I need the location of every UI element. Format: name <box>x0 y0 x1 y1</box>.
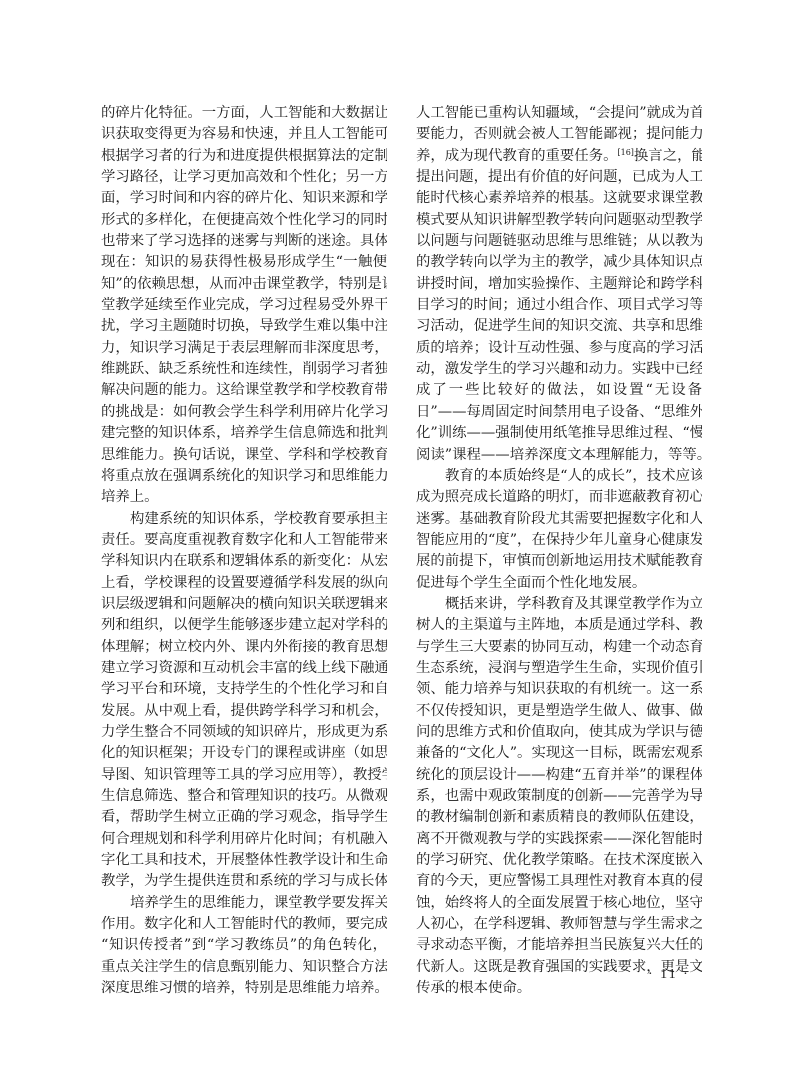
line-text: 的挑战是：如何教会学生科学利用碎片化学习构 <box>101 404 387 420</box>
text-line: 重点关注学生的信息甄别能力、知识整合方法和 <box>101 957 387 978</box>
text-line: 字化工具和技术，开展整体性教学设计和生命化 <box>101 850 387 871</box>
line-text: 看，帮助学生树立正确的学习观念，指导学生如 <box>101 809 387 825</box>
text-line: 学科知识内在联系和逻辑体系的新变化：从宏观 <box>101 551 387 572</box>
line-text-tail: 换言之，能否 <box>634 148 702 164</box>
line-text: 兼备的“文化人”。实现这一目标，既需宏观系 <box>416 745 702 761</box>
text-line: 问的思维方式和价值取向，使其成为学识与德行 <box>416 722 702 743</box>
text-line: 上看，学校课程的设置要遵循学科发展的纵向知 <box>101 573 387 594</box>
text-line: 现在：知识的易获得性极易形成学生“一触便 <box>101 252 387 273</box>
text-line: 蚀，始终将人的全面发展置于核心地位，坚守育 <box>416 893 702 914</box>
text-line: 迷雾。基础教育阶段尤其需要把握数字化和人工 <box>416 509 702 530</box>
text-line: 与学生三大要素的协同互动，构建一个动态育人 <box>416 637 702 658</box>
line-text: 字化工具和技术，开展整体性教学设计和生命化 <box>101 852 387 868</box>
line-text: 蚀，始终将人的全面发展置于核心地位，坚守育 <box>416 895 702 911</box>
right-text-column: 人工智能已重构认知疆域，“会提问”就成为首要能力，否则就会被人工智能鄙视；提问能… <box>416 103 702 999</box>
text-line: 堂教学延续至作业完成，学习过程易受外界干 <box>101 295 387 316</box>
line-text: 导图、知识管理等工具的学习应用等），教授学 <box>101 767 387 783</box>
text-line: 导图、知识管理等工具的学习应用等），教授学 <box>101 765 387 786</box>
line-text: 解决问题的能力。这给课堂教学和学校教育带来 <box>101 382 387 398</box>
citation-reference: [16] <box>617 148 633 157</box>
line-text: 提出问题，提出有价值的好问题，已成为人工智 <box>416 169 702 185</box>
line-text: 迷雾。基础教育阶段尤其需要把握数字化和人工 <box>416 511 702 527</box>
line-text: 模式要从知识讲解型教学转向问题驱动型教学， <box>416 212 702 228</box>
text-line: 提出问题，提出有价值的好问题，已成为人工智 <box>416 167 702 188</box>
text-line: 要能力，否则就会被人工智能鄙视；提问能力培 <box>416 124 702 145</box>
line-text: 培养学生的思维能力，课堂教学要发挥关键 <box>130 895 387 911</box>
line-text: 的教学转向以学为主的教学，减少具体知识点的 <box>416 254 702 270</box>
text-line: 深度思维习惯的培养，特别是思维能力培养。当 <box>101 978 387 999</box>
line-text: 目学习的时间；通过小组合作、项目式学习等学 <box>416 297 702 313</box>
text-line: 扰，学习主题随时切换，导致学生难以集中注意 <box>101 316 387 337</box>
text-line: 统化的顶层设计——构建“五育并举”的课程体 <box>416 765 702 786</box>
line-text: 化”训练——强制使用纸笔推导思维过程、“慢 <box>416 425 702 441</box>
left-text-column: 的碎片化特征。一方面，人工智能和大数据让知识获取变得更为容易和快速，并且人工智能… <box>101 103 387 999</box>
line-text: 将重点放在强调系统化的知识学习和思维能力的 <box>101 468 387 484</box>
text-line: 以问题与问题链驱动思维与思维链；从以教为主 <box>416 231 702 252</box>
line-text: 构建系统的知识体系，学校教育要承担主体 <box>130 511 387 527</box>
text-line: 质的培养；设计互动性强、参与度高的学习活 <box>416 338 702 359</box>
line-text: 养，成为现代教育的重要任务。 <box>416 148 617 164</box>
text-line: 成为照亮成长道路的明灯，而非遮蔽教育初心的 <box>416 487 702 508</box>
line-text: 促进每个学生全面而个性化地发展。 <box>416 575 646 591</box>
line-text: 的教材编制创新和素质精良的教师队伍建设，更 <box>416 809 702 825</box>
text-line: 教育的本质始终是“人的成长”，技术应该 <box>416 466 702 487</box>
text-line: 人工智能已重构认知疆域，“会提问”就成为首 <box>416 103 702 124</box>
line-text: 深度思维习惯的培养，特别是思维能力培养。当 <box>101 980 387 996</box>
line-text: 也带来了学习选择的迷雾与判断的迷途。具体表 <box>101 233 387 249</box>
text-line: 也带来了学习选择的迷雾与判断的迷途。具体表 <box>101 231 387 252</box>
text-line: 养，成为现代教育的重要任务。[16]换言之，能否 <box>416 146 702 167</box>
line-text: 育的今天，更应警惕工具理性对教育本真的侵 <box>416 873 702 889</box>
text-line: 知”的依赖思想，从而冲击课堂教学，特别是课 <box>101 274 387 295</box>
text-line: 的教材编制创新和素质精良的教师队伍建设，更 <box>416 807 702 828</box>
text-line: 责任。要高度重视教育数字化和人工智能带来的 <box>101 530 387 551</box>
line-text: 人初心，在学科逻辑、教师智慧与学生需求之间 <box>416 916 702 932</box>
text-line: 不仅传授知识，更是塑造学生做人、做事、做学 <box>416 701 702 722</box>
line-text: 生信息筛选、整合和管理知识的技巧。从微观上 <box>101 788 387 804</box>
text-line: 面，学习时间和内容的碎片化、知识来源和学习 <box>101 188 387 209</box>
line-text: 力学生整合不同领域的知识碎片，形成更为系统 <box>101 724 387 740</box>
line-text: 智能应用的“度”，在保持少年儿童身心健康发 <box>416 532 702 548</box>
text-line: 成了一些比较好的做法，如设置“无设备 <box>416 380 702 401</box>
text-line: 解决问题的能力。这给课堂教学和学校教育带来 <box>101 380 387 401</box>
line-text: 何合理规划和科学利用碎片化时间；有机融入数 <box>101 831 387 847</box>
text-line: 日”——每周固定时间禁用电子设备、“思维外 <box>416 402 702 423</box>
line-text: 的学习研究、优化教学策略。在技术深度嵌入教 <box>416 852 702 868</box>
line-text: 力，知识学习满足于表层理解而非深度思考，思 <box>101 340 387 356</box>
page-number: · 11 · <box>648 967 690 983</box>
line-text: 思维能力。换句话说，课堂、学科和学校教育要 <box>101 447 387 463</box>
text-line: 寻求动态平衡，才能培养担当民族复兴大任的时 <box>416 935 702 956</box>
text-line: 学习平台和环境，支持学生的个性化学习和自主 <box>101 679 387 700</box>
line-text: 堂教学延续至作业完成，学习过程易受外界干 <box>101 297 387 313</box>
line-text: 与学生三大要素的协同互动，构建一个动态育人 <box>416 639 702 655</box>
text-line: 力学生整合不同领域的知识碎片，形成更为系统 <box>101 722 387 743</box>
text-line: 人初心，在学科逻辑、教师智慧与学生需求之间 <box>416 914 702 935</box>
line-text: 讲授时间，增加实验操作、主题辩论和跨学科项 <box>416 276 702 292</box>
text-line: 智能应用的“度”，在保持少年儿童身心健康发 <box>416 530 702 551</box>
text-line: 的碎片化特征。一方面，人工智能和大数据让知 <box>101 103 387 124</box>
text-line: 习活动，促进学生间的知识交流、共享和思维品 <box>416 316 702 337</box>
text-line: 培养学生的思维能力，课堂教学要发挥关键 <box>101 893 387 914</box>
text-line: 领、能力培养与知识获取的有机统一。这一系统 <box>416 679 702 700</box>
text-line: 生信息筛选、整合和管理知识的技巧。从微观上 <box>101 786 387 807</box>
text-line: 教学，为学生提供连贯和系统的学习与成长体验。 <box>101 871 387 892</box>
text-line: 离不开微观教与学的实践探索——深化智能时代 <box>416 829 702 850</box>
text-line: 思维能力。换句话说，课堂、学科和学校教育要 <box>101 445 387 466</box>
text-line: 建立学习资源和互动机会丰富的线上线下融通性 <box>101 658 387 679</box>
text-line: 能时代核心素养培养的根基。这就要求课堂教学 <box>416 188 702 209</box>
text-line: 培养上。 <box>101 487 387 508</box>
text-line: 根据学习者的行为和进度提供根据算法的定制化 <box>101 146 387 167</box>
line-text: 问的思维方式和价值取向，使其成为学识与德行 <box>416 724 702 740</box>
text-line: 动，激发学生的学习兴趣和动力。实践中已经形 <box>416 359 702 380</box>
line-text: 维跳跃、缺乏系统性和连续性，削弱学习者独立 <box>101 361 387 377</box>
text-line: 学习路径，让学习更加高效和个性化；另一方 <box>101 167 387 188</box>
line-text: 动，激发学生的学习兴趣和动力。实践中已经形 <box>416 361 702 377</box>
line-text: 展的前提下，审慎而创新地运用技术赋能教育， <box>416 553 702 569</box>
text-line: 化的知识框架；开设专门的课程或讲座（如思维 <box>101 743 387 764</box>
line-text: 责任。要高度重视教育数字化和人工智能带来的 <box>101 532 387 548</box>
line-text: 系，也需中观政策制度的创新——完善学为导向 <box>416 788 702 804</box>
text-line: 力，知识学习满足于表层理解而非深度思考，思 <box>101 338 387 359</box>
text-line: 何合理规划和科学利用碎片化时间；有机融入数 <box>101 829 387 850</box>
text-line: 育的今天，更应警惕工具理性对教育本真的侵 <box>416 871 702 892</box>
line-text: 传承的根本使命。 <box>416 980 531 996</box>
line-text: 统化的顶层设计——构建“五育并举”的课程体 <box>416 767 702 783</box>
text-line: 讲授时间，增加实验操作、主题辩论和跨学科项 <box>416 274 702 295</box>
text-line: 识层级逻辑和问题解决的横向知识关联逻辑来排 <box>101 594 387 615</box>
line-text: 要能力，否则就会被人工智能鄙视；提问能力培 <box>416 126 702 142</box>
line-text: 列和组织，以便学生能够逐步建立起对学科的整 <box>101 617 387 633</box>
text-line: 将重点放在强调系统化的知识学习和思维能力的 <box>101 466 387 487</box>
line-text: 体理解；树立校内外、课内外衔接的教育思想， <box>101 639 387 655</box>
line-text: 作用。数字化和人工智能时代的教师，要完成从 <box>101 916 387 932</box>
text-line: 树人的主渠道与主阵地，本质是通过学科、教师 <box>416 615 702 636</box>
line-text: 教育的本质始终是“人的成长”，技术应该 <box>445 468 702 484</box>
line-text: 化的知识框架；开设专门的课程或讲座（如思维 <box>101 745 387 761</box>
text-line: 生态系统，浸润与塑造学生生命，实现价值引 <box>416 658 702 679</box>
text-line: 的教学转向以学为主的教学，减少具体知识点的 <box>416 252 702 273</box>
text-line: 促进每个学生全面而个性化地发展。 <box>416 573 702 594</box>
line-text: 学科知识内在联系和逻辑体系的新变化：从宏观 <box>101 553 387 569</box>
line-text: 成为照亮成长道路的明灯，而非遮蔽教育初心的 <box>416 489 702 505</box>
line-text: 建立学习资源和互动机会丰富的线上线下融通性 <box>101 660 387 676</box>
text-line: 发展。从中观上看，提供跨学科学习和机会，助 <box>101 701 387 722</box>
text-line: 维跳跃、缺乏系统性和连续性，削弱学习者独立 <box>101 359 387 380</box>
line-text: 领、能力培养与知识获取的有机统一。这一系统 <box>416 681 702 697</box>
text-line: 概括来讲，学科教育及其课堂教学作为立德 <box>416 594 702 615</box>
line-text: 质的培养；设计互动性强、参与度高的学习活 <box>416 340 702 356</box>
line-text: 面，学习时间和内容的碎片化、知识来源和学习 <box>101 190 387 206</box>
line-text: 阅读”课程——培养深度文本理解能力，等等。 <box>416 447 702 463</box>
line-text: 学习路径，让学习更加高效和个性化；另一方 <box>101 169 387 185</box>
line-text: 能时代核心素养培养的根基。这就要求课堂教学 <box>416 190 702 206</box>
line-text: 离不开微观教与学的实践探索——深化智能时代 <box>416 831 702 847</box>
line-text: 成了一些比较好的做法，如设置“无设备 <box>416 382 702 398</box>
line-text: 建完整的知识体系，培养学生信息筛选和批判性 <box>101 425 387 441</box>
text-line: 形式的多样化，在便捷高效个性化学习的同时， <box>101 210 387 231</box>
line-text: 培养上。 <box>101 489 159 505</box>
text-line: 的学习研究、优化教学策略。在技术深度嵌入教 <box>416 850 702 871</box>
line-text: 不仅传授知识，更是塑造学生做人、做事、做学 <box>416 703 702 719</box>
line-text: 树人的主渠道与主阵地，本质是通过学科、教师 <box>416 617 702 633</box>
line-text: 寻求动态平衡，才能培养担当民族复兴大任的时 <box>416 937 702 953</box>
text-line: 作用。数字化和人工智能时代的教师，要完成从 <box>101 914 387 935</box>
line-text: 学习平台和环境，支持学生的个性化学习和自主 <box>101 681 387 697</box>
text-line: 阅读”课程——培养深度文本理解能力，等等。 <box>416 445 702 466</box>
line-text: 识获取变得更为容易和快速，并且人工智能可以 <box>101 126 387 142</box>
line-text: 重点关注学生的信息甄别能力、知识整合方法和 <box>101 959 387 975</box>
text-line: 识获取变得更为容易和快速，并且人工智能可以 <box>101 124 387 145</box>
text-line: 看，帮助学生树立正确的学习观念，指导学生如 <box>101 807 387 828</box>
text-line: “知识传授者”到“学习教练员”的角色转化， <box>101 935 387 956</box>
text-line: 建完整的知识体系，培养学生信息筛选和批判性 <box>101 423 387 444</box>
text-line: 化”训练——强制使用纸笔推导思维过程、“慢 <box>416 423 702 444</box>
line-text: 形式的多样化，在便捷高效个性化学习的同时， <box>101 212 387 228</box>
text-line: 系，也需中观政策制度的创新——完善学为导向 <box>416 786 702 807</box>
line-text: 概括来讲，学科教育及其课堂教学作为立德 <box>445 596 702 612</box>
text-line: 的挑战是：如何教会学生科学利用碎片化学习构 <box>101 402 387 423</box>
line-text: 生态系统，浸润与塑造学生生命，实现价值引 <box>416 660 702 676</box>
text-line: 目学习的时间；通过小组合作、项目式学习等学 <box>416 295 702 316</box>
line-text: 以问题与问题链驱动思维与思维链；从以教为主 <box>416 233 702 249</box>
line-text: 日”——每周固定时间禁用电子设备、“思维外 <box>416 404 702 420</box>
line-text: 上看，学校课程的设置要遵循学科发展的纵向知 <box>101 575 387 591</box>
line-text: 人工智能已重构认知疆域，“会提问”就成为首 <box>416 105 702 121</box>
line-text: 教学，为学生提供连贯和系统的学习与成长体验。 <box>101 873 387 889</box>
line-text: 知”的依赖思想，从而冲击课堂教学，特别是课 <box>101 276 387 292</box>
text-line: 体理解；树立校内外、课内外衔接的教育思想， <box>101 637 387 658</box>
line-text: 现在：知识的易获得性极易形成学生“一触便 <box>101 254 387 270</box>
line-text: 的碎片化特征。一方面，人工智能和大数据让知 <box>101 105 387 121</box>
line-text: 发展。从中观上看，提供跨学科学习和机会，助 <box>101 703 387 719</box>
line-text: 扰，学习主题随时切换，导致学生难以集中注意 <box>101 318 387 334</box>
text-line: 兼备的“文化人”。实现这一目标，既需宏观系 <box>416 743 702 764</box>
text-line: 模式要从知识讲解型教学转向问题驱动型教学， <box>416 210 702 231</box>
line-text: “知识传授者”到“学习教练员”的角色转化， <box>101 937 387 953</box>
line-text: 识层级逻辑和问题解决的横向知识关联逻辑来排 <box>101 596 387 612</box>
text-line: 构建系统的知识体系，学校教育要承担主体 <box>101 509 387 530</box>
text-line: 列和组织，以便学生能够逐步建立起对学科的整 <box>101 615 387 636</box>
line-text: 根据学习者的行为和进度提供根据算法的定制化 <box>101 148 387 164</box>
line-text: 习活动，促进学生间的知识交流、共享和思维品 <box>416 318 702 334</box>
text-line: 展的前提下，审慎而创新地运用技术赋能教育， <box>416 551 702 572</box>
